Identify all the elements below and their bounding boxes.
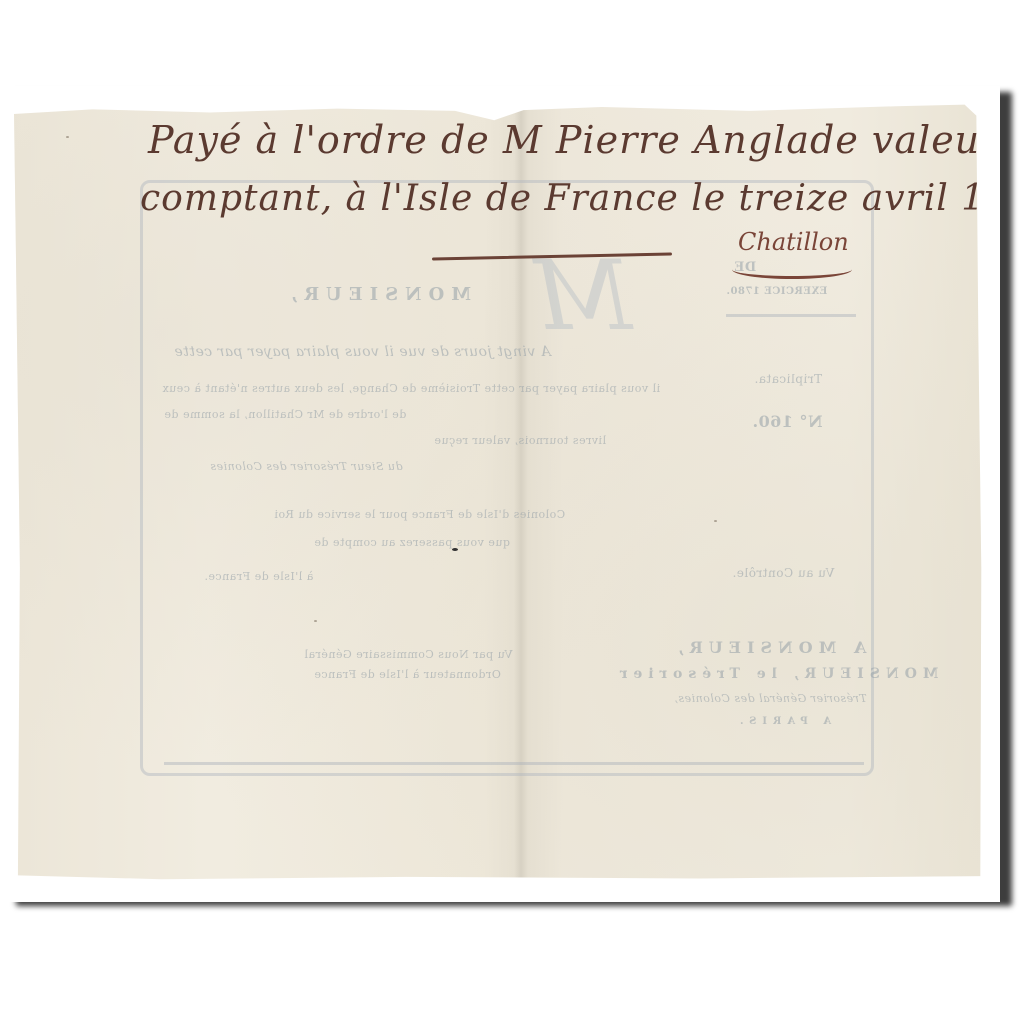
bleed-line: de l'ordre de Mr Chatillon, la somme de — [164, 408, 406, 421]
bleed-line: A vingt jours de vue il vous plaira paye… — [174, 344, 551, 360]
bleed-line: du Sieur Trésorier des Colonies — [210, 460, 403, 473]
signature-flourish — [732, 260, 852, 279]
bleed-line: livres tournois, valeur reçue — [434, 434, 606, 447]
bleed-line: que vous passerez au compte de — [314, 536, 510, 549]
document-sheet: M MONSIEUR, DE EXERCICE 1780. Triplicata… — [14, 100, 994, 880]
bleed-number: N° 160. — [752, 412, 823, 431]
signature: Chatillon — [738, 228, 849, 256]
bleed-line: Vu au Contrôle. — [732, 566, 834, 580]
bleed-heading: MONSIEUR, — [284, 284, 471, 305]
bleed-exercise: EXERCICE 1780. — [726, 286, 827, 297]
bleed-side-label: Triplicata. — [754, 372, 822, 386]
bleed-line: il vous plaira payer par cette Troisième… — [162, 382, 660, 395]
bleed-line: à l'Isle de France. — [204, 570, 313, 583]
handwritten-endorsement-line-1: Payé à l'ordre de M Pierre Anglade valeu… — [148, 118, 994, 162]
bleed-line: Vu par Nous Commissaire Général — [304, 648, 512, 661]
bleed-address-salutation: A MONSIEUR, — [672, 638, 866, 657]
bleed-address-name: MONSIEUR, le Trésorier — [614, 666, 938, 682]
bleed-address-city: A PARIS. — [734, 716, 831, 727]
bleed-line: Ordonnateur à l'Isle de France — [314, 668, 501, 681]
handwritten-endorsement-line-2: comptant, à l'Isle de France le treize a… — [140, 178, 994, 219]
bleed-line: Colonies d'Isle de France pour le servic… — [274, 508, 565, 521]
bleed-address-title: Trésorier Général des Colonies, — [674, 692, 867, 705]
